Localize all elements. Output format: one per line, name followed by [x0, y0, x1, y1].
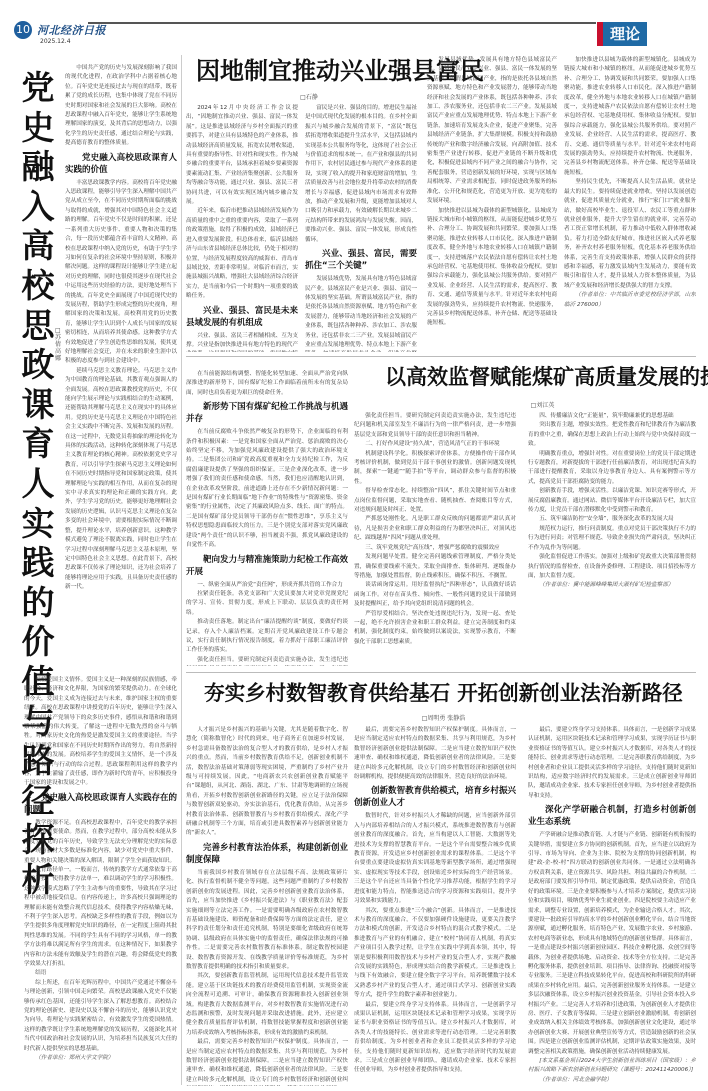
publication-date: 2025.12.4 — [40, 38, 71, 45]
paragraph: 发展县域优势，发展具有地方特色县域富民产业。县域富民产业是兴业、强县、富民一体发… — [305, 275, 417, 352]
column-divider — [181, 55, 182, 1085]
article2-title: 因地制宜推动兴业强县富民 — [196, 56, 422, 86]
paragraph: 发现问题早处置。健全完善问题线索管理制度，严格分类处置，确保重要线索不流失。采取… — [354, 553, 516, 581]
paragraph: 强化责任担当。要研究制定问责追责实施办法，发生违纪违纪问题和机关部室发生不廉洁行… — [354, 412, 516, 440]
paragraph: 富民是兴业、强县的目的。增进民生福祉是中国式现代化发展的根本目的。在乡村全面振兴… — [305, 104, 417, 245]
paragraph: 二、打好作风建设“持久战”，营造风清气正的干事环境 — [354, 440, 516, 449]
article1-heading-2: 党史融入高校思政课育人实践存在的问题 — [24, 792, 177, 816]
article1-byline: □苏倩 高娜 — [55, 327, 63, 362]
paragraph: 明确教育重点，增强针对性。对在重要岗位上的党员干部定期进行专题教育，对新提拔的干… — [528, 450, 696, 488]
newspaper-logo: 河北经济日报 — [37, 22, 106, 38]
paragraph: 谈话函询常运用。用好监督执纪“四种形态”，认真做好谈话函询工作。对存在苗头性、倾… — [354, 581, 516, 609]
paragraph: 规范权力运行，推行问责制度。重点对党员干部决策执行不力的行为进行问责；对管理不规… — [528, 525, 696, 553]
paragraph: 发展县域优势，发展具有地方特色县域富民产业。县域富民产业是兴业、强县、富民一体发… — [427, 56, 557, 207]
paragraph: 在当前能源结构调整、智能化转型加速、全面从严治党向纵深推进的新形势下，国有煤矿纪… — [186, 370, 348, 398]
paragraph: 数智时代，针对乡村振兴人才稀缺的问题，应当创新外部引入与内部培养相结合的人才振兴… — [354, 812, 516, 906]
article4-column-3: 最后，要建立终身学习支持体系。具体而言，一是创新学习成果认证机制，运用区块链技术… — [528, 726, 696, 1086]
article1-column-bottom: 根植爱国主义情怀。爱国主义是一种深刻的民族情感，牵联社会、经济和文化界限，为国家… — [24, 676, 177, 1086]
section-label: 理论 — [603, 22, 647, 46]
paragraph: 三、筑牢党规党纪“高压线”，增强严惩腐败的震慑效应 — [354, 544, 516, 553]
article3-heading-2: 靶向发力与精准施策助力纪检工作高效开展 — [186, 554, 348, 578]
article4-title: 夯实乡村数智教育供给基石 开拓创新创业法治新路径 — [186, 676, 701, 710]
author-unit: （作者单位：郑州大学文学院） — [24, 1054, 177, 1063]
paragraph: 强化责任担当。要研究制定问责追责实施办法，发生违纪违纪问题和机关部室发生不廉洁行… — [186, 656, 348, 666]
article3-column-1: 在当前能源结构调整、智能化转型加速、全面从严治党向纵深推进的新形势下，国有煤矿纪… — [186, 370, 348, 666]
paragraph: 五、筑牢廉洁防控“安全墙”，服务深化改革的发展大局 — [528, 515, 696, 524]
paragraph: 教学资源不足。在高校思政课程中，百年党史的教学承担着育人的重要使命。然而，在教学… — [24, 819, 177, 866]
paragraph: 最后，要建立终身学习支持体系。具体而言，一是创新学习成果认证机制，运用区块链技术… — [528, 726, 696, 801]
article3-column-2: 强化责任担当。要研究制定问责追责实施办法，发生违纪违纪问题和机关部室发生不廉洁行… — [354, 412, 516, 666]
article4-heading-3: 深化产学研融合机制，打造乡村创新创业生态系统 — [528, 804, 696, 828]
fund-note: [本文系基金项目2024大学生创新创业训练项目（国家级）：乡村振兴战略下新农创新… — [528, 1057, 696, 1076]
author-unit: （作者单位：冀中能源峰峰集团大淑村矿纪检监察部） — [528, 581, 696, 590]
paragraph: 根植爱国主义情怀。爱国主义是一种深刻的民族情感，牵联社会、经济和文化界限，为国家… — [24, 676, 177, 789]
paragraph: 加快推进以县城为载体的新型城镇化。县城成为链接大城市和小城镇的枢纽，从而能促进城… — [427, 207, 557, 329]
paragraph: 一、纵密全面从严治党“责任网”，形成齐抓共管的工作合力 — [186, 581, 348, 590]
paragraph: 其次，要重点推进“三个融合”创新。具体而言，一是推进技术与教育的深度融合，不仅要… — [354, 907, 516, 1001]
paragraph: 加快推进以县城为载体的新型城镇化。县城成为链接大城市和小城镇的枢纽，从而能促进城… — [564, 56, 696, 178]
paragraph: 最后，需要完善乡村数智知识产权保护制度。具体而言，一是应当制定适应农村特点的数据… — [354, 726, 516, 782]
article3-title: 以高效监督赋能煤矿高质量发展的探索研究 — [385, 362, 700, 392]
paragraph: 产学研融合是推动教育链、人才链与产业链、创新链有机衔接的关键举措，需要建立多方协… — [528, 831, 696, 1057]
article1-heading-1: 党史融入高校思政课育人实践的价值 — [65, 152, 177, 176]
article2-byline: □石静 — [196, 92, 422, 101]
article2-column-1: 2024年12月中央经济工作会议提出，“因地制宜推动兴业、强县、富民一体发展”。… — [186, 104, 298, 352]
paragraph: 拉紧责任链条。各党支部和广大党员要加大对党章党规党纪的学习、宣传、贯彻力度，形成… — [186, 590, 348, 618]
paragraph: 中国共产党的历史与发展深刻影响了我国的现代化进程，在政治学科中占据着核心地位。百… — [65, 64, 177, 149]
paragraph: 推动责任落地。制定出台“廉洁提醒约谈”制度，要做好约谈记录，存入个人廉洁档案。定… — [186, 618, 348, 656]
paragraph: 丰富思政课教学内容。高校将百年党史融入思政课程，能够引导学生深入理解中国共产党从… — [65, 179, 177, 367]
section-divider — [186, 672, 696, 673]
paragraph: 四、传播廉洁文化“正能量”，筑牢勤廉兼优的思想基础 — [528, 412, 696, 421]
paragraph: 兴业、强县、富民三者相辅相成、互为支撑。兴业是指加快推进具有地方特色的现代产业体… — [186, 332, 298, 352]
paragraph: 严管厚爱相结合。坚决查处违规违纪行为，发现一起、查处一起，绝不允许损害企业和职工… — [354, 610, 516, 648]
paragraph: 教育路径单一。一般而言，传统的教学方式通常依靠于高校的讲授，使得教学方法单一，难… — [24, 866, 177, 969]
paragraph: 在当前反腐败斗争依然严峻复杂的形势下，企业面临的有利条件和积极因素：一是党和国家… — [186, 428, 348, 550]
paragraph: 严抓惩处刚性化。凡是职工群众反映的问题都需严肃认真对待，凡是损害企业和职工群众利… — [354, 515, 516, 543]
paragraph: 督导检查常态化。持续整治“四风”，抓住关键时间节点和重点岗位监督问题，采取实地查… — [354, 487, 516, 515]
paragraph: 强化监督促进工作落实。加强对上级和矿党政重大决策部署贯彻执行情况的监督检查，在设… — [528, 553, 696, 581]
author-unit: （作者单位：中共临沂市委党校经济学部，山东 临沂 276000） — [564, 291, 696, 310]
page-number-badge: 10 — [14, 21, 32, 39]
article3-heading-1: 新形势下国有煤矿纪检工作挑战与机遇并存 — [186, 401, 348, 425]
paragraph: 最后，需要完善乡村数智知识产权保护制度。具体而言，一是应当制定适应农村特点的数据… — [186, 1038, 348, 1086]
paragraph: 近年来，临沂市把推动县域经济发展作为高质量的重中之重的重要内容，采取了一系列的政… — [186, 207, 298, 301]
masthead-rule — [88, 22, 596, 24]
article4-heading-1: 完善乡村教育法治体系，构建创新创业制度保障 — [186, 842, 348, 866]
conclusion-label: 结语 — [24, 969, 177, 978]
paragraph: 综上所述，在百年光辉历程中，中国共产党通过不懈奋斗与理论创新，引领中国走向繁荣。… — [24, 979, 177, 1054]
article4-heading-2: 创新数智教育供给模式，培育乡村振兴创新创业人才 — [354, 785, 516, 809]
article2-column-4: 加快推进以县城为载体的新型城镇化。县城成为链接大城市和小城镇的枢纽，从而能促进城… — [564, 56, 696, 352]
author-unit: （作者单位：河北金融学院） — [528, 1076, 696, 1085]
article4-column-1: 人才振兴是乡村振兴的基础与关键，尤其是随着数字化、智慧化（简称数智化）时代的到来… — [186, 726, 348, 1086]
article2-column-2: 富民是兴业、强县的目的。增进民生福祉是中国式现代化发展的根本目的。在乡村全面振兴… — [305, 104, 417, 352]
paragraph: 2024年12月中央经济工作会议提出，“因地制宜推动兴业、强县、富民一体发展”。… — [186, 104, 298, 207]
paragraph: 突出教育主题，增强实效性。把党性教育和纪律教育作为廉洁教育的重中之重，确保在思想… — [528, 421, 696, 449]
paragraph: 创新教育手段，增强灵活性。以廉洁党课、知识竞赛等形式，开展反腐倡廉教育。通过网站… — [528, 487, 696, 515]
paragraph: 坚持民生优先，不断提高人民生活品质。就业是最大的民生。要持续促进就业增收，坚持以… — [564, 178, 696, 291]
article4-byline: □周明勇 张静浩 — [186, 713, 701, 722]
article2-heading-2: 兴业、强县、富民，需要抓住“三个关键” — [305, 248, 417, 272]
article2-column-3: 发展县域优势，发展具有地方特色县域富民产业。县域富民产业是兴业、强县、富民一体发… — [427, 56, 557, 352]
paragraph: 机制建设科学化。积极探索评价体系，方便操作的干部作风考核评价机制，做到党员干部干… — [354, 450, 516, 488]
article1-column-top: 中国共产党的历史与发展深刻影响了我国的现代化进程，在政治学科中占据着核心地位。百… — [65, 64, 177, 676]
section-divider — [186, 356, 696, 357]
paragraph: 当前我国乡村教育领域存在立法层级不高、法规政策碎片化、执行监督机制不健全等问题，… — [186, 869, 348, 972]
article4-column-2: 最后，需要完善乡村数智知识产权保护制度。具体而言，一是应当制定适应农村特点的数据… — [354, 726, 516, 1086]
paragraph: 人才振兴是乡村振兴的基础与关键，尤其是随着数字化、智慧化（简称数智化）时代的到来… — [186, 726, 348, 839]
paragraph: 最后，要建立终身学习支持体系。具体而言，一是创新学习成果认证机制，运用区块链技术… — [354, 1001, 516, 1076]
article3-column-3: 四、传播廉洁文化“正能量”，筑牢勤廉兼优的思想基础 突出教育主题，增强实效性。把… — [528, 412, 696, 666]
paragraph: 其次，要创新教育监管机制，运用现代信息技术提升监管效能。建立基于区块链技术的教育… — [186, 972, 348, 1038]
paragraph: 延续马克思主义教育理论。马克思主义作为中国教育的理论基础，其教育观点强调人的全面… — [65, 367, 177, 593]
article3-byline: □刘江英 — [385, 400, 700, 409]
article2-heading-1: 兴业、强县、富民是未来县域发展的有机组成 — [186, 305, 298, 329]
